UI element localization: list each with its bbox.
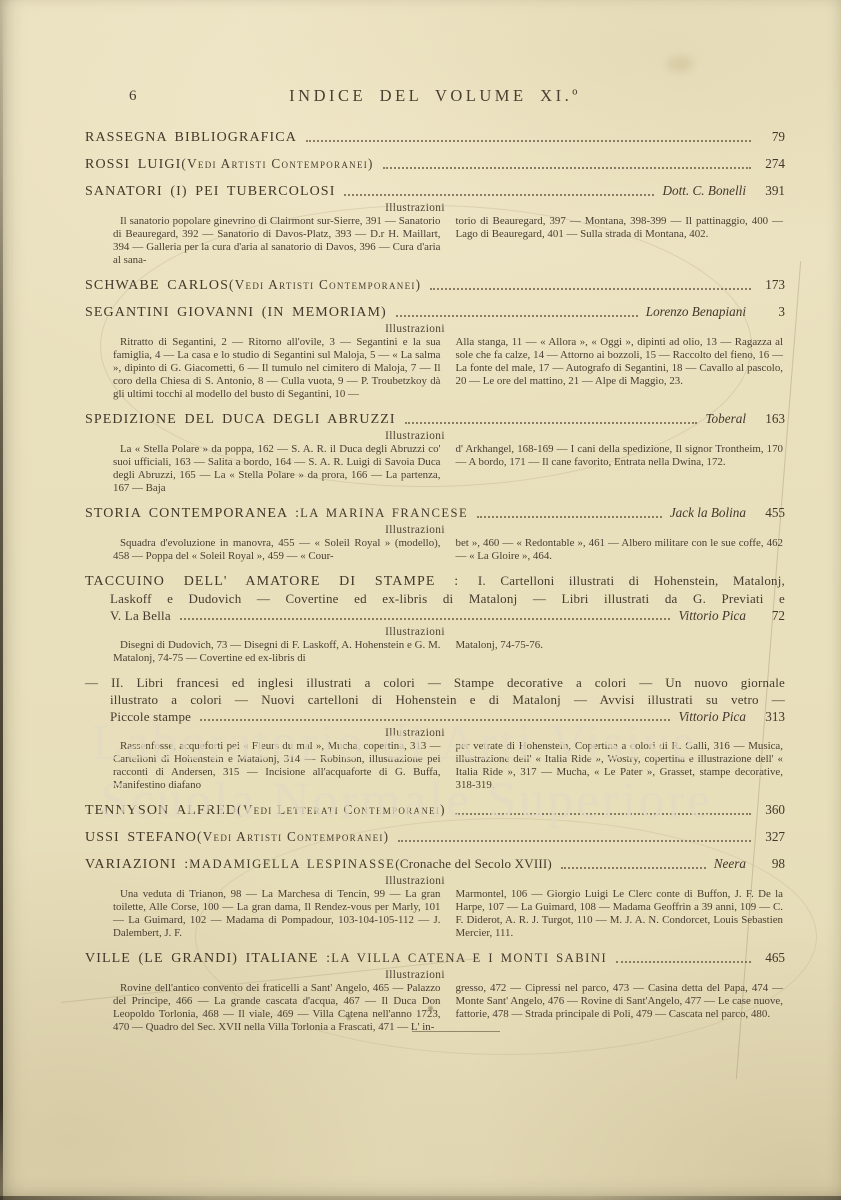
page-number: 163 [759,410,785,427]
illustrations-column-left: Squadra d'evoluzione in manovra, 455 — «… [113,537,441,563]
entry-title-line: SEGANTINI GIOVANNI (IN MEMORIAM)Lorenzo … [85,303,785,321]
illustrations-column-right: Alla stanga, 11 — « Allora », « Oggi », … [456,336,784,401]
illustrations-columns: Rovine dell'antico convento dei fraticel… [113,982,783,1034]
page-number: 465 [759,949,785,966]
illustrations-text: Il sanatorio popolare ginevrino di Clair… [113,215,441,267]
illustrations-column-left: Rassenfosse, acqueforti pei « Fleurs du … [113,740,441,792]
illustrations-text: bet », 460 — « Redontable », 461 — Alber… [456,537,784,563]
entry-title-line: — II. Libri francesi ed inglesi illustra… [85,674,785,691]
illustrations-text: Squadra d'evoluzione in manovra, 455 — «… [113,537,441,563]
dot-leader [477,516,662,518]
index-entry: RASSEGNA BIBLIOGRAFICA79 [85,128,785,146]
illustrations-column-right: d' Arkhangel, 168-169 — I cani della spe… [456,443,784,495]
end-of-index-rule [412,1031,500,1032]
page-number: 360 [759,801,785,818]
index-entry: ROSSI LUIGI (Vedi Artisti Contemporanei)… [85,155,785,173]
dot-leader [616,961,751,963]
author-name: Lorenzo Benapiani [646,303,746,320]
dot-leader [398,840,751,842]
page-number: 274 [759,155,785,172]
entry-title-line: Laskoff e Dudovich — Covertine ed ex-lib… [85,590,785,607]
page-content: 6 INDICE DEL VOLUME XI.º RASSEGNA BIBLIO… [0,0,841,1034]
page-number: 3 [759,303,785,320]
author-name: Dott. C. Bonelli [662,182,746,199]
illustrations-column-left: Una veduta di Trianon, 98 — La Marchesa … [113,888,441,940]
illustrations-label: Illustrazioni [85,727,745,739]
title-segment: (Cronache del Secolo XVIII) [395,855,552,872]
illustrations-columns: Rassenfosse, acqueforti pei « Fleurs du … [113,740,783,792]
illustrations-column-right: torio di Beauregard, 397 — Montana, 398-… [456,215,784,267]
title-segment: MADAMIGELLA LESPINASSE [189,856,395,873]
illustrations-label: Illustrazioni [85,202,745,214]
illustrations-block: IllustrazioniSquadra d'evoluzione in man… [85,524,785,563]
dot-leader [306,140,751,142]
illustrations-label: Illustrazioni [85,524,745,536]
scan-edge-left [0,0,3,1200]
index-entry: — II. Libri francesi ed inglesi illustra… [85,674,785,792]
title-segment: SPEDIZIONE DEL DUCA DEGLI ABRUZZI [85,411,396,428]
entry-title-line: SANATORI (I) PEI TUBERCOLOSIDott. C. Bon… [85,182,785,200]
illustrations-label: Illustrazioni [85,323,745,335]
dot-leader [383,167,751,169]
title-segment: LA VILLA CATENA E I MONTI SABINI [331,950,607,967]
page-number: 391 [759,182,785,199]
entry-title-line: illustrato a colori — Nuovi cartelloni d… [85,691,785,708]
entry-title-line: VARIAZIONI : MADAMIGELLA LESPINASSE (Cro… [85,855,785,873]
index-entry: SEGANTINI GIOVANNI (IN MEMORIAM)Lorenzo … [85,303,785,401]
page-number: 313 [759,708,785,725]
index-entry: USSI STEFANO (Vedi Artisti Contemporanei… [85,828,785,846]
illustrations-block: IllustrazioniRovine dell'antico convento… [85,969,785,1034]
illustrations-text: Rovine dell'antico convento dei fraticel… [113,982,441,1034]
title-segment: (Vedi Letterati Contemporanei) [237,801,446,818]
entry-title-line: SPEDIZIONE DEL DUCA DEGLI ABRUZZIToberal… [85,410,785,428]
author-name: Vittorio Pica [678,607,746,624]
page-number: 79 [759,128,785,145]
illustrations-column-left: Ritratto di Segantini, 2 — Ritorno all'o… [113,336,441,401]
entry-title-line: V. La BellaVittorio Pica72 [85,607,785,624]
illustrations-column-right: Matalonj, 74-75-76. [456,639,784,665]
illustrations-column-right: bet », 460 — « Redontable », 461 — Alber… [456,537,784,563]
title-segment: RASSEGNA BIBLIOGRAFICA [85,129,297,146]
illustrations-text: Matalonj, 74-75-76. [456,639,784,652]
index-entry: SCHWABE CARLOS (Vedi Artisti Contemporan… [85,276,785,294]
illustrations-block: IllustrazioniUna veduta di Trianon, 98 —… [85,875,785,940]
illustrations-block: IllustrazioniRitratto di Segantini, 2 — … [85,323,785,401]
illustrations-columns: Il sanatorio popolare ginevrino di Clair… [113,215,783,267]
title-segment: TENNYSON ALFRED [85,802,237,819]
page-number: 98 [759,855,785,872]
dot-leader [430,288,751,290]
title-segment: I. Cartelloni illustrati di Hohenstein, … [478,573,785,588]
illustrations-block: IllustrazioniIl sanatorio popolare ginev… [85,202,785,267]
illustrations-column-right: Marmontel, 106 — Giorgio Luigi Le Clerc … [456,888,784,940]
illustrations-text: d' Arkhangel, 168-169 — I cani della spe… [456,443,784,469]
dot-leader [344,194,654,196]
dot-leader [180,618,671,620]
illustrations-columns: La « Stella Polare » da poppa, 162 — S. … [113,443,783,495]
illustrations-label: Illustrazioni [85,430,745,442]
page-number: 455 [759,504,785,521]
index-entry: SPEDIZIONE DEL DUCA DEGLI ABRUZZIToberal… [85,410,785,495]
illustrations-text: La « Stella Polare » da poppa, 162 — S. … [113,443,441,495]
title-segment: LA MARINA FRANCESE [300,505,468,522]
illustrations-block: IllustrazioniRassenfosse, acqueforti pei… [85,727,785,792]
dot-leader [396,315,638,317]
illustrations-text: torio di Beauregard, 397 — Montana, 398-… [456,215,784,241]
dot-leader [200,719,670,721]
title-segment: STORIA CONTEMPORANEA : [85,505,300,522]
title-segment: (Vedi Artisti Contemporanei) [181,155,373,172]
scanned-index-page: { "page": { "number": "6", "header_title… [0,0,841,1200]
dot-leader [405,422,698,424]
illustrations-block: IllustrazioniDisegni di Dudovich, 73 — D… [85,626,785,665]
page-number: 173 [759,276,785,293]
page-number: 72 [759,607,785,624]
entry-title-line: STORIA CONTEMPORANEA : LA MARINA FRANCES… [85,504,785,522]
entry-title-line: TENNYSON ALFRED (Vedi Letterati Contempo… [85,801,785,819]
index-entry: TENNYSON ALFRED (Vedi Letterati Contempo… [85,801,785,819]
entry-title-line: TACCUINO DELL' AMATORE DI STAMPE : I. Ca… [85,572,785,590]
title-segment: VARIAZIONI : [85,856,189,873]
illustrations-text: gresso, 472 — Cipressi nel parco, 473 — … [456,982,784,1021]
illustrations-text: per vetrate di Hohenstein, Copertina a c… [456,740,784,792]
dot-leader [561,867,706,869]
scan-edge-bottom [0,1196,841,1200]
illustrations-block: IllustrazioniLa « Stella Polare » da pop… [85,430,785,495]
page-header: 6 INDICE DEL VOLUME XI.º [85,86,785,112]
entry-title-line: RASSEGNA BIBLIOGRAFICA79 [85,128,785,146]
title-segment: TACCUINO DELL' AMATORE DI STAMPE : [85,574,478,589]
illustrations-columns: Squadra d'evoluzione in manovra, 455 — «… [113,537,783,563]
illustrations-column-left: Rovine dell'antico convento dei fraticel… [113,982,441,1034]
illustrations-columns: Ritratto di Segantini, 2 — Ritorno all'o… [113,336,783,401]
title-segment: USSI STEFANO [85,829,197,846]
title-segment: (Vedi Artisti Contemporanei) [197,828,389,845]
index-entry: VILLE (LE GRANDI) ITALIANE : LA VILLA CA… [85,949,785,1034]
title-segment: illustrato a colori — Nuovi cartelloni d… [110,692,785,707]
entry-title-line: USSI STEFANO (Vedi Artisti Contemporanei… [85,828,785,846]
title-segment: (Vedi Artisti Contemporanei) [229,276,421,293]
author-name: Vittorio Pica [678,708,746,725]
illustrations-column-left: Disegni di Dudovich, 73 — Disegni di F. … [113,639,441,665]
entry-title-line: ROSSI LUIGI (Vedi Artisti Contemporanei)… [85,155,785,173]
entry-title-line: VILLE (LE GRANDI) ITALIANE : LA VILLA CA… [85,949,785,967]
illustrations-text: Alla stanga, 11 — « Allora », « Oggi », … [456,336,784,388]
illustrations-text: Marmontel, 106 — Giorgio Luigi Le Clerc … [456,888,784,940]
illustrations-text: Disegni di Dudovich, 73 — Disegni di F. … [113,639,441,665]
author-name: Neera [714,855,746,872]
illustrations-label: Illustrazioni [85,626,745,638]
index-entries: RASSEGNA BIBLIOGRAFICA79ROSSI LUIGI (Ved… [85,128,785,1034]
page-number: 327 [759,828,785,845]
title-segment: SCHWABE CARLOS [85,277,229,294]
title-segment: ROSSI LUIGI [85,156,181,173]
author-name: Jack la Bolina [670,504,746,521]
title-segment: V. La Bella [110,607,171,624]
illustrations-columns: Disegni di Dudovich, 73 — Disegni di F. … [113,639,783,665]
title-segment: Laskoff e Dudovich — Covertine ed ex-lib… [110,591,785,606]
title-segment: VILLE (LE GRANDI) ITALIANE : [85,950,331,967]
illustrations-column-left: Il sanatorio popolare ginevrino di Clair… [113,215,441,267]
illustrations-text: Ritratto di Segantini, 2 — Ritorno all'o… [113,336,441,401]
title-segment: SANATORI (I) PEI TUBERCOLOSI [85,183,335,200]
illustrations-column-left: La « Stella Polare » da poppa, 162 — S. … [113,443,441,495]
entry-title-line: Piccole stampeVittorio Pica313 [85,708,785,725]
index-entry: VARIAZIONI : MADAMIGELLA LESPINASSE (Cro… [85,855,785,940]
dot-leader [455,813,751,815]
title-segment: SEGANTINI GIOVANNI (IN MEMORIAM) [85,304,387,321]
illustrations-text: Rassenfosse, acqueforti pei « Fleurs du … [113,740,441,792]
page-title: INDICE DEL VOLUME XI.º [85,86,785,106]
illustrations-columns: Una veduta di Trianon, 98 — La Marchesa … [113,888,783,940]
title-segment: Piccole stampe [110,708,191,725]
illustrations-label: Illustrazioni [85,875,745,887]
index-entry: STORIA CONTEMPORANEA : LA MARINA FRANCES… [85,504,785,563]
index-entry: TACCUINO DELL' AMATORE DI STAMPE : I. Ca… [85,572,785,665]
illustrations-label: Illustrazioni [85,969,745,981]
illustrations-column-right: per vetrate di Hohenstein, Copertina a c… [456,740,784,792]
title-segment: — II. Libri francesi ed inglesi illustra… [85,675,785,690]
index-entry: SANATORI (I) PEI TUBERCOLOSIDott. C. Bon… [85,182,785,267]
illustrations-text: Una veduta di Trianon, 98 — La Marchesa … [113,888,441,940]
entry-title-line: SCHWABE CARLOS (Vedi Artisti Contemporan… [85,276,785,294]
author-name: Toberal [705,410,746,427]
illustrations-column-right: gresso, 472 — Cipressi nel parco, 473 — … [456,982,784,1034]
